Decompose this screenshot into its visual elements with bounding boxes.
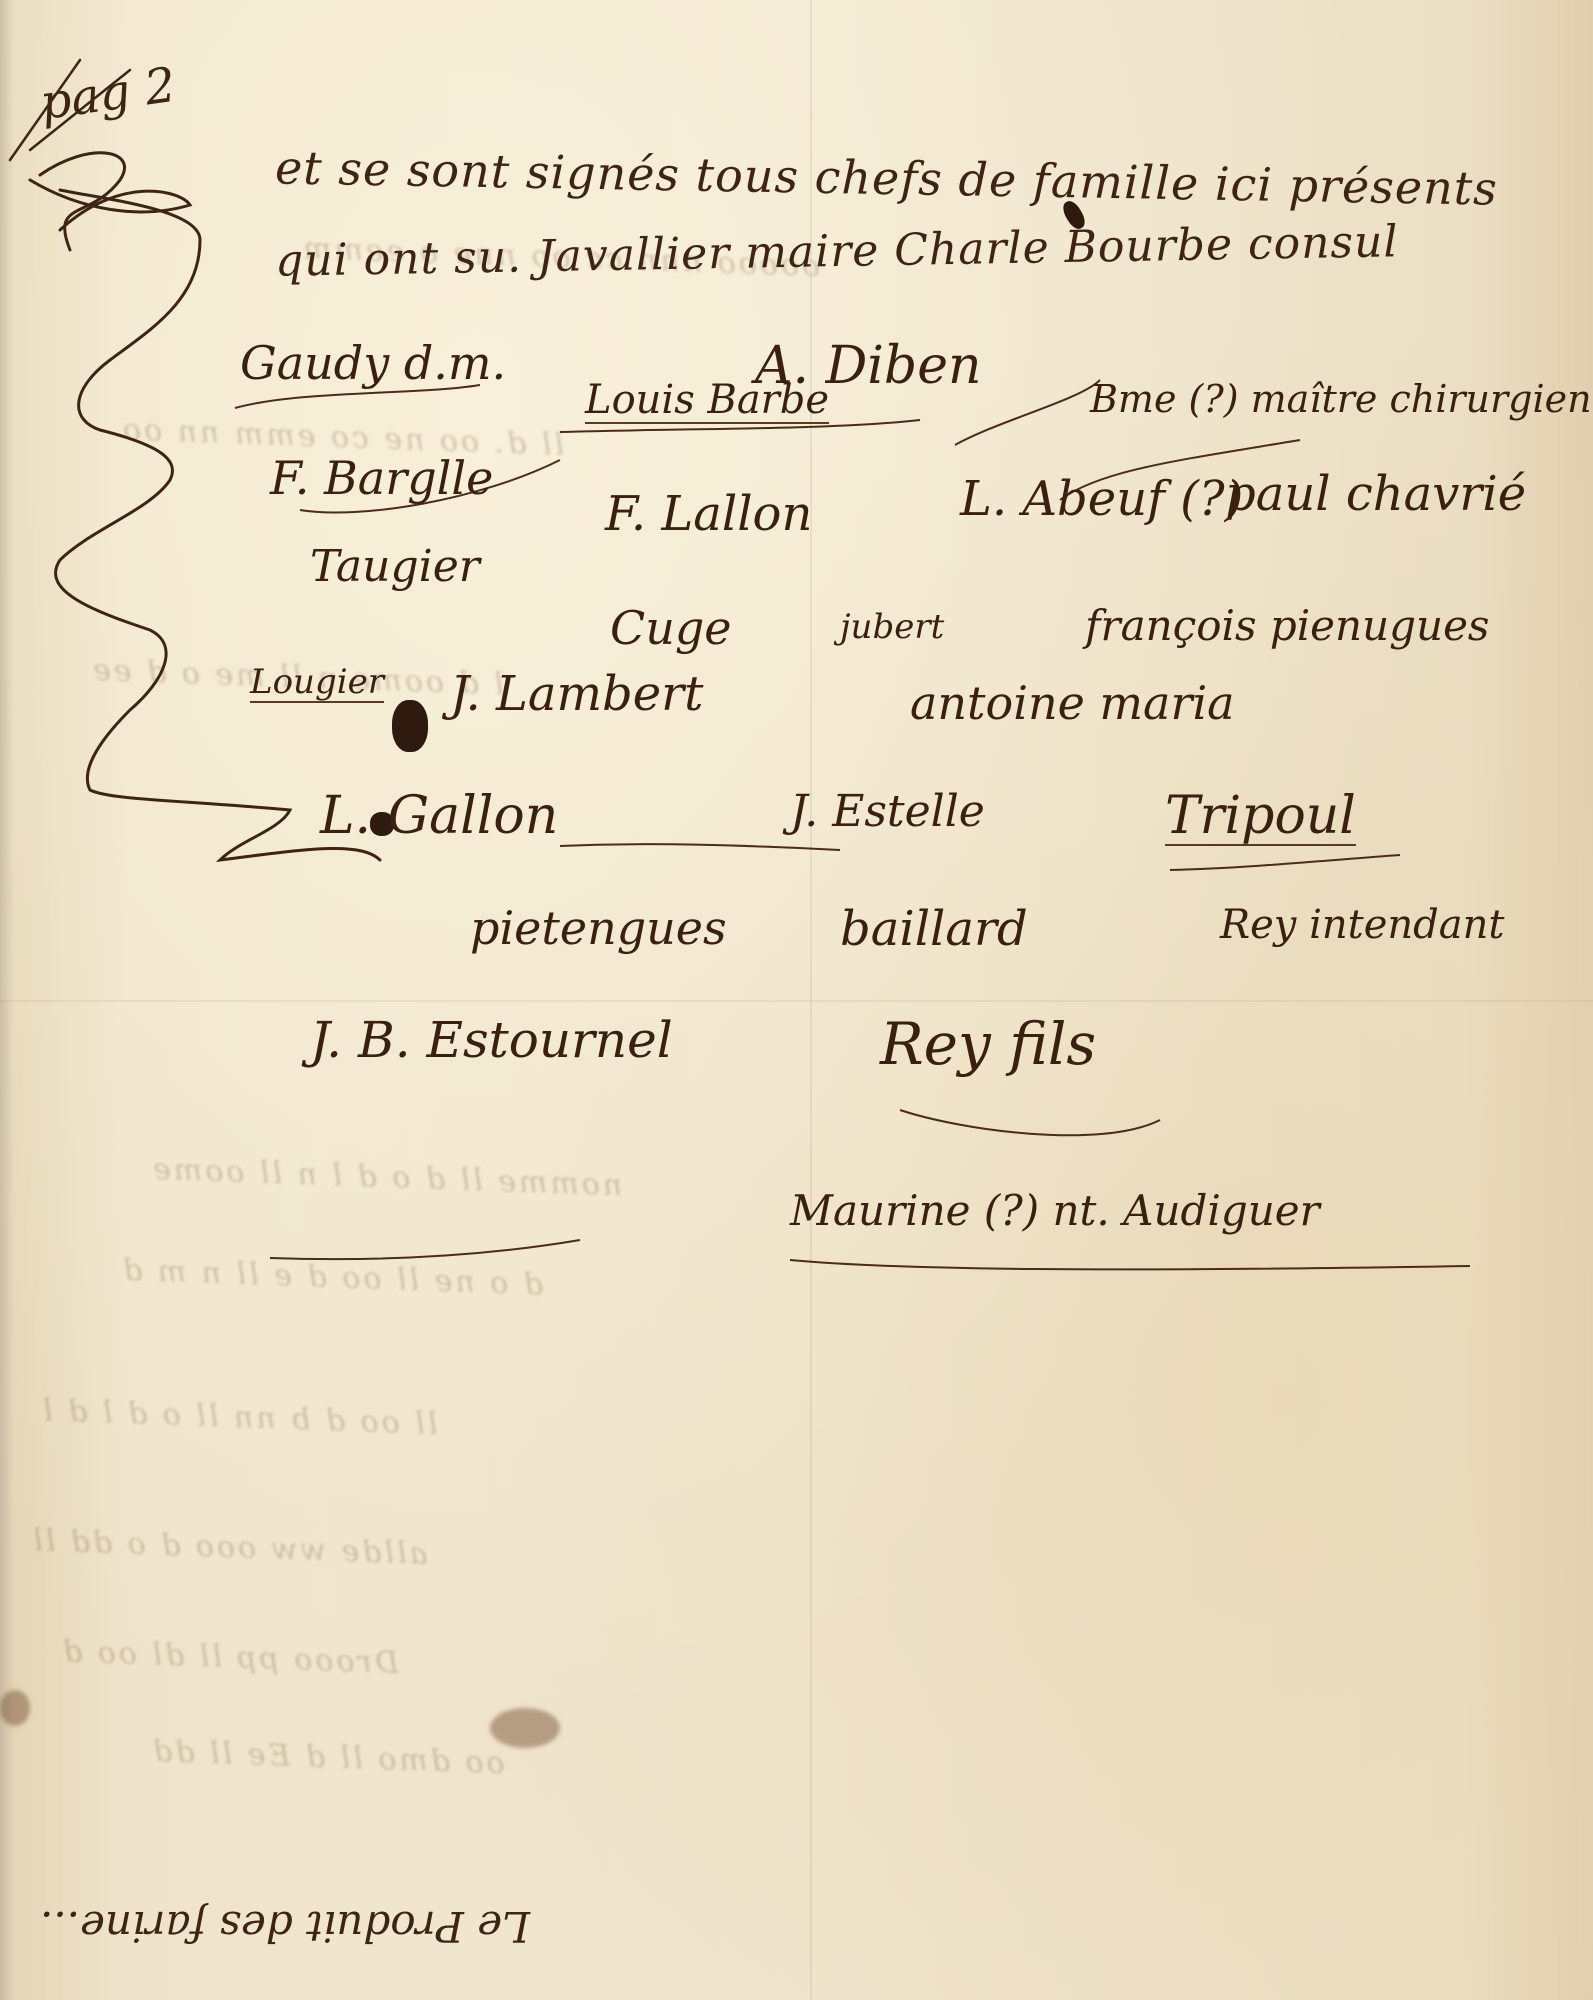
signature: J. Estelle [790,790,985,834]
signature: L. Abeuf (?) [960,475,1243,523]
signature: antoine maria [910,680,1235,726]
signature: J. Lambert [450,670,703,718]
signature: Tripoul [1165,790,1356,846]
signature: françois pienugues [1085,605,1489,647]
signature: Maurine (?) nt. Audiguer [790,1190,1320,1232]
signature: Lougier [250,665,384,703]
manuscript-page: ooooo nnn cc oo nne o eemm ll d. oo ne c… [0,0,1593,2000]
signature: A. Diben [755,340,981,392]
signature: paul chavrié [1225,470,1526,518]
signature: jubert [840,610,944,644]
signature: Cuge [610,605,732,651]
signature: Gaudy d.m. [240,340,506,386]
signature: F. Barglle [270,455,493,501]
signature: L. Gallon [320,790,558,842]
signature: Bme (?) maître chirurgien [1090,380,1592,418]
signature: Rey fils [880,1015,1096,1073]
signature: pietengues [470,905,727,951]
signature: baillard [840,905,1028,953]
signature: Rey intendant [1220,905,1504,945]
signature: F. Lallon [605,490,812,538]
margin-squiggle-icon [0,0,1593,2000]
upside-down-note: Le Produit des farine... [40,1905,530,1947]
signature: J. B. Estournel [310,1015,673,1065]
signature: Taugier [310,545,480,589]
